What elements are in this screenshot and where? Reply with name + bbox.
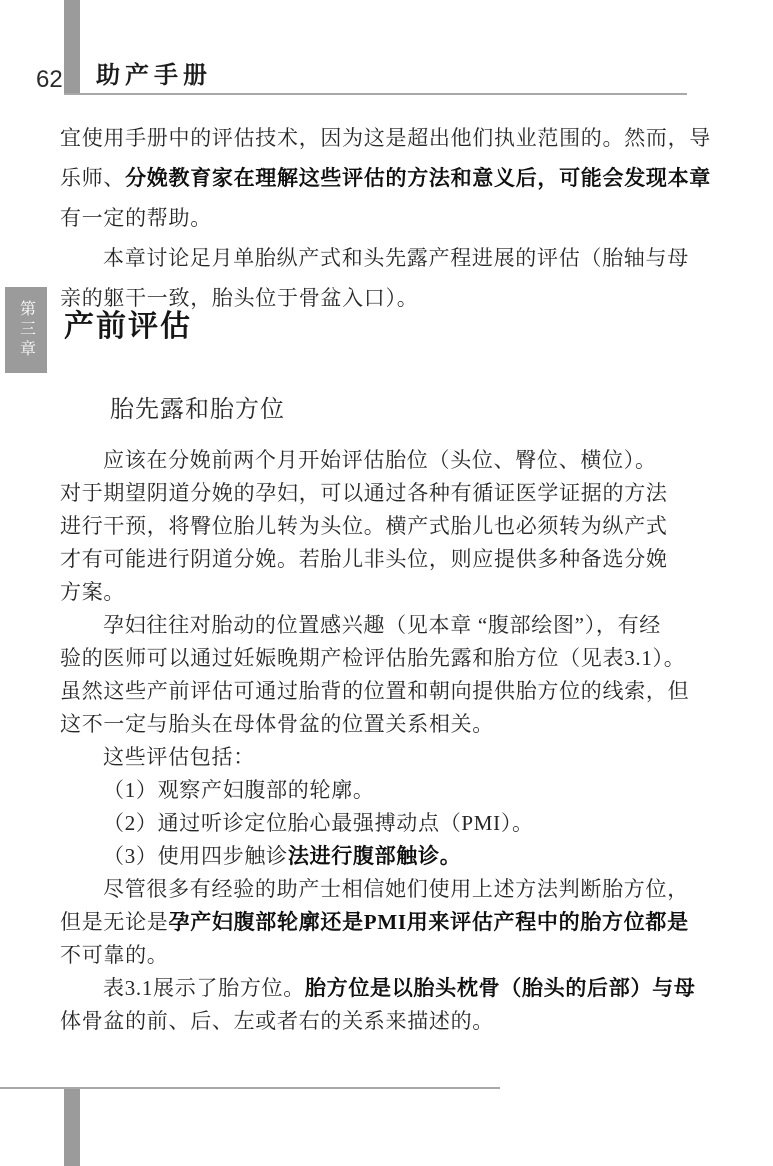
list-item: （1）观察产妇腹部的轮廓。	[60, 774, 720, 807]
book-title: 助产手册	[96, 60, 212, 92]
body-line: 这不一定与胎头在母体骨盆的位置关系相关。	[60, 708, 720, 741]
body-line: 但是无论是孕产妇腹部轮廓还是PMI用来评估产程中的胎方位都是	[60, 906, 720, 939]
section-heading: 胎先露和胎方位	[110, 393, 285, 427]
body-line: 应该在分娩前两个月开始评估胎位（头位、臀位、横位）。	[60, 444, 720, 477]
footer-accent-bar	[64, 1089, 80, 1166]
body-line: 这些评估包括：	[60, 741, 720, 774]
body-line: 表3.1展示了胎方位。胎方位是以胎头枕骨（胎头的后部）与母	[60, 972, 720, 1005]
body-line: 孕妇往往对胎动的位置感兴趣（见本章 “腹部绘图”），有经	[60, 609, 720, 642]
chapter-tab: 第三章	[5, 287, 47, 373]
body-line: 乐师、分娩教育家在理解这些评估的方法和意义后，可能会发现本章	[60, 158, 720, 198]
book-page: 62 助产手册 第三章 宜使用手册中的评估技术，因为这是超出他们执业范围的。然而…	[0, 0, 773, 1166]
page-number: 62	[36, 66, 63, 94]
body-line: 验的医师可以通过妊娠晚期产检评估胎先露和胎方位（见表3.1）。	[60, 642, 720, 675]
body-block-upper: 宜使用手册中的评估技术，因为这是超出他们执业范围的。然而，导 乐师、分娩教育家在…	[60, 118, 720, 318]
chapter-heading: 产前评估	[64, 306, 192, 348]
list-item: （2）通过听诊定位胎心最强搏动点（PMI）。	[60, 807, 720, 840]
chapter-tab-label: 第三章	[15, 300, 38, 360]
header-rule	[64, 93, 687, 95]
body-line: 方案。	[60, 576, 720, 609]
body-line: 虽然这些产前评估可通过胎背的位置和朝向提供胎方位的线索，但	[60, 675, 720, 708]
body-line: 宜使用手册中的评估技术，因为这是超出他们执业范围的。然而，导	[60, 118, 720, 158]
body-block-lower: 应该在分娩前两个月开始评估胎位（头位、臀位、横位）。 对于期望阴道分娩的孕妇，可…	[60, 444, 720, 1038]
body-line: 对于期望阴道分娩的孕妇，可以通过各种有循证医学证据的方法	[60, 477, 720, 510]
body-line: 进行干预，将臀位胎儿转为头位。横产式胎儿也必须转为纵产式	[60, 510, 720, 543]
body-line: 才有可能进行阴道分娩。若胎儿非头位，则应提供多种备选分娩	[60, 543, 720, 576]
body-line: 尽管很多有经验的助产士相信她们使用上述方法判断胎方位，	[60, 873, 720, 906]
body-line: 本章讨论足月单胎纵产式和头先露产程进展的评估（胎轴与母	[60, 238, 720, 278]
body-line: 有一定的帮助。	[60, 198, 720, 238]
body-line: 不可靠的。	[60, 939, 720, 972]
list-item: （3）使用四步触诊法进行腹部触诊。	[60, 840, 720, 873]
body-line: 体骨盆的前、后、左或者右的关系来描述的。	[60, 1005, 720, 1038]
header-accent-bar	[64, 0, 80, 95]
